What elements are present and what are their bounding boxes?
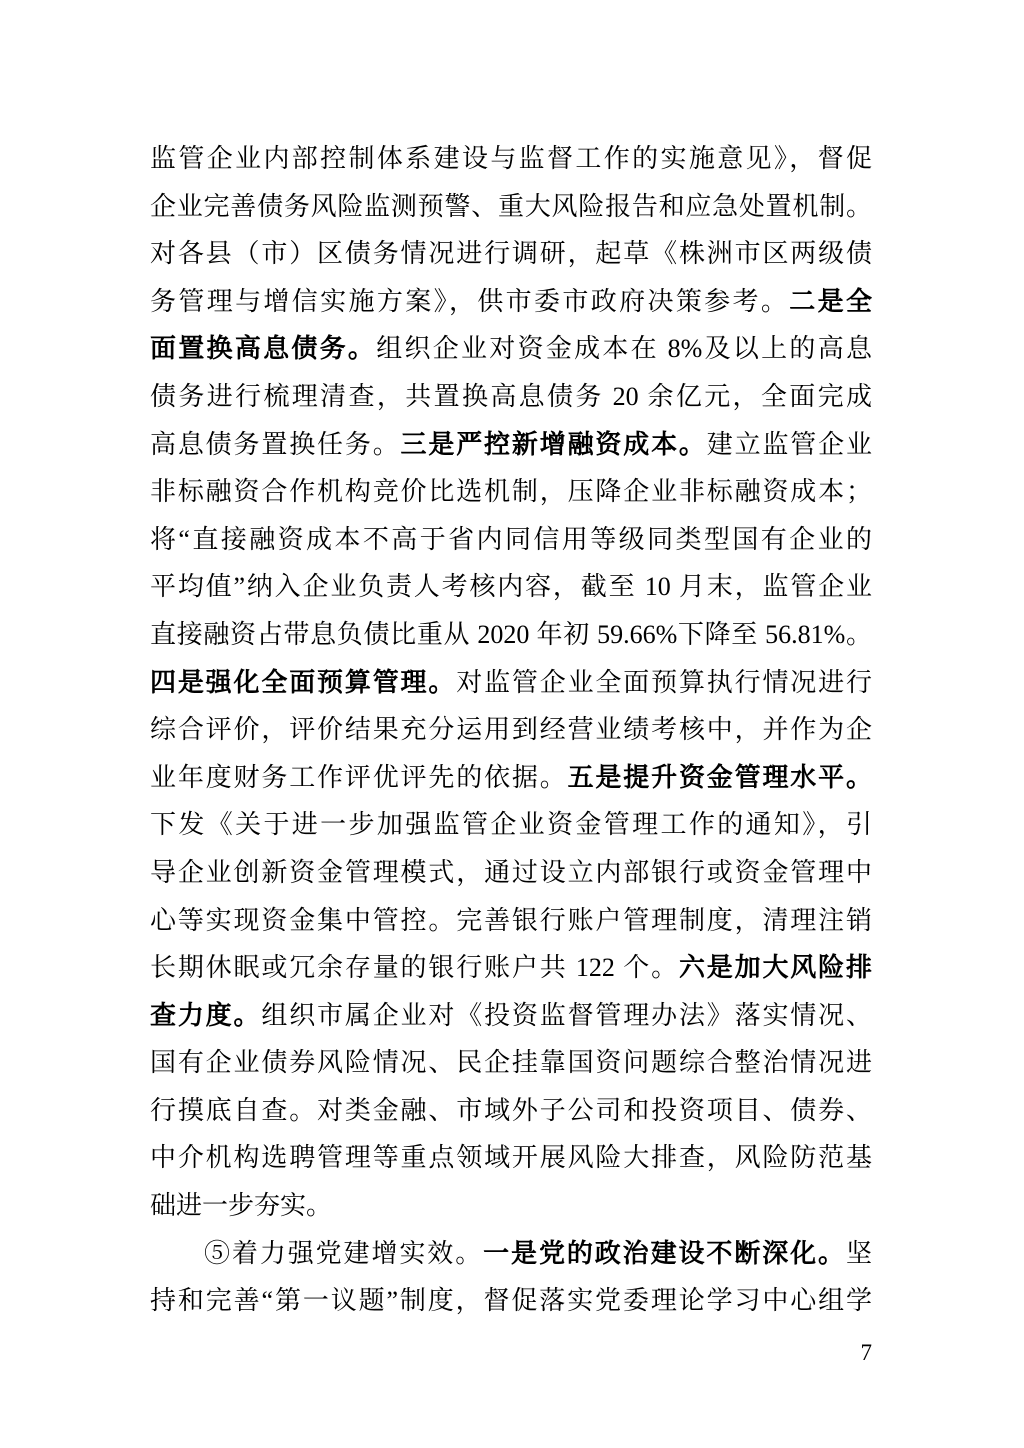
text-run: 导企业创新资金管理模式，通过设立内部银行或资金管理中 [150,858,872,887]
bold-run: 二是全 [789,287,872,316]
text-run: 非标融资合作机构竞价比选机制，压降企业非标融资成本； [150,477,872,506]
text-run: 平均值”纳入企业负责人考核内容，截至 10 月末，监管企业 [150,572,872,601]
text-run: 组织企业对资金成本在 8%及以上的高息 [376,334,872,363]
text-line-14: 业年度财务工作评优评先的依据。五是提升资金管理水平。 [150,754,872,802]
text-run: 持和完善“第一议题”制度，督促落实党委理论学习中心组学 [150,1286,872,1315]
page-number: 7 [150,1337,872,1369]
text-run: 中介机构选聘管理等重点领域开展风险大排查，风险防范基 [150,1143,872,1172]
text-line-22: 中介机构选聘管理等重点领域开展风险大排查，风险防范基 [150,1134,872,1182]
document-body: 监管企业内部控制体系建设与监督工作的实施意见》，督促企业完善债务风险监测预警、重… [150,135,872,1325]
text-run: 组织市属企业对《投资监督管理办法》落实情况、 [261,1001,872,1030]
text-run: 心等实现资金集中管控。完善银行账户管理制度，清理注销 [150,906,872,935]
text-line-18: 长期休眠或冗余存量的银行账户共 122 个。六是加大风险排 [150,944,872,992]
text-line-19: 查力度。组织市属企业对《投资监督管理办法》落实情况、 [150,992,872,1040]
text-line-11: 直接融资占带息负债比重从 2020 年初 59.66%下降至 56.81%。 [150,611,872,659]
text-run: 坚 [846,1239,872,1268]
text-line-4: 务管理与增信实施方案》，供市委市政府决策参考。二是全 [150,278,872,326]
text-line-25: 持和完善“第一议题”制度，督促落实党委理论学习中心组学 [150,1277,872,1325]
bold-run: 三是严控新增融资成本。 [401,430,707,459]
text-run: 直接融资占带息负债比重从 2020 年初 59.66%下降至 56.81%。 [150,620,872,649]
text-run: 对各县（市）区债务情况进行调研，起草《株洲市区两级债 [150,239,872,268]
kaiti-run: ⑤着力强党建增实效。 [204,1239,483,1268]
text-line-10: 平均值”纳入企业负责人考核内容，截至 10 月末，监管企业 [150,563,872,611]
text-line-13: 综合评价，评价结果充分运用到经营业绩考核中，并作为企 [150,706,872,754]
text-line-1: 监管企业内部控制体系建设与监督工作的实施意见》，督促 [150,135,872,183]
text-run: 监管企业内部控制体系建设与监督工作的实施意见》，督促 [150,144,872,173]
text-run: 高息债务置换任务。 [150,430,401,459]
text-line-16: 导企业创新资金管理模式，通过设立内部银行或资金管理中 [150,849,872,897]
text-run: 将“直接融资成本不高于省内同信用等级同类型国有企业的 [150,525,872,554]
text-line-6: 债务进行梳理清查，共置换高息债务 20 余亿元，全面完成 [150,373,872,421]
text-run: 对监管企业全面预算执行情况进行 [456,668,872,697]
text-run: 行摸底自查。对类金融、市域外子公司和投资项目、债券、 [150,1096,872,1125]
document-page: 监管企业内部控制体系建设与监督工作的实施意见》，督促企业完善债务风险监测预警、重… [0,0,1024,1448]
text-line-8: 非标融资合作机构竞价比选机制，压降企业非标融资成本； [150,468,872,516]
bold-run: 五是提升资金管理水平。 [568,763,872,792]
text-run: 建立监管企业 [707,430,872,459]
text-line-20: 国有企业债券风险情况、民企挂靠国资问题综合整治情况进 [150,1039,872,1087]
bold-run: 面置换高息债务。 [150,334,376,363]
text-run: 国有企业债券风险情况、民企挂靠国资问题综合整治情况进 [150,1048,872,1077]
text-line-21: 行摸底自查。对类金融、市域外子公司和投资项目、债券、 [150,1087,872,1135]
text-run: 下发《关于进一步加强监管企业资金管理工作的通知》，引 [150,810,872,839]
text-run: 综合评价，评价结果充分运用到经营业绩考核中，并作为企 [150,715,872,744]
bold-run: 四是强化全面预算管理。 [150,668,456,697]
text-line-24: ⑤着力强党建增实效。一是党的政治建设不断深化。坚 [150,1230,872,1278]
text-line-5: 面置换高息债务。组织企业对资金成本在 8%及以上的高息 [150,325,872,373]
text-line-2: 企业完善债务风险监测预警、重大风险报告和应急处置机制。 [150,183,872,231]
text-run: 础进一步夯实。 [150,1191,332,1220]
text-line-3: 对各县（市）区债务情况进行调研，起草《株洲市区两级债 [150,230,872,278]
bold-run: 六是加大风险排 [679,953,872,982]
text-run: 长期休眠或冗余存量的银行账户共 122 个。 [150,953,679,982]
text-run: 务管理与增信实施方案》，供市委市政府决策参考。 [150,287,789,316]
text-run: 企业完善债务风险监测预警、重大风险报告和应急处置机制。 [150,192,872,221]
bold-run: 查力度。 [150,1001,261,1030]
text-line-7: 高息债务置换任务。三是严控新增融资成本。建立监管企业 [150,421,872,469]
text-line-12: 四是强化全面预算管理。对监管企业全面预算执行情况进行 [150,659,872,707]
text-line-23: 础进一步夯实。 [150,1182,872,1230]
text-line-15: 下发《关于进一步加强监管企业资金管理工作的通知》，引 [150,801,872,849]
text-run: 债务进行梳理清查，共置换高息债务 20 余亿元，全面完成 [150,382,872,411]
text-line-17: 心等实现资金集中管控。完善银行账户管理制度，清理注销 [150,897,872,945]
text-line-9: 将“直接融资成本不高于省内同信用等级同类型国有企业的 [150,516,872,564]
text-run: 业年度财务工作评优评先的依据。 [150,763,568,792]
bold-run: 一是党的政治建设不断深化。 [483,1239,846,1268]
